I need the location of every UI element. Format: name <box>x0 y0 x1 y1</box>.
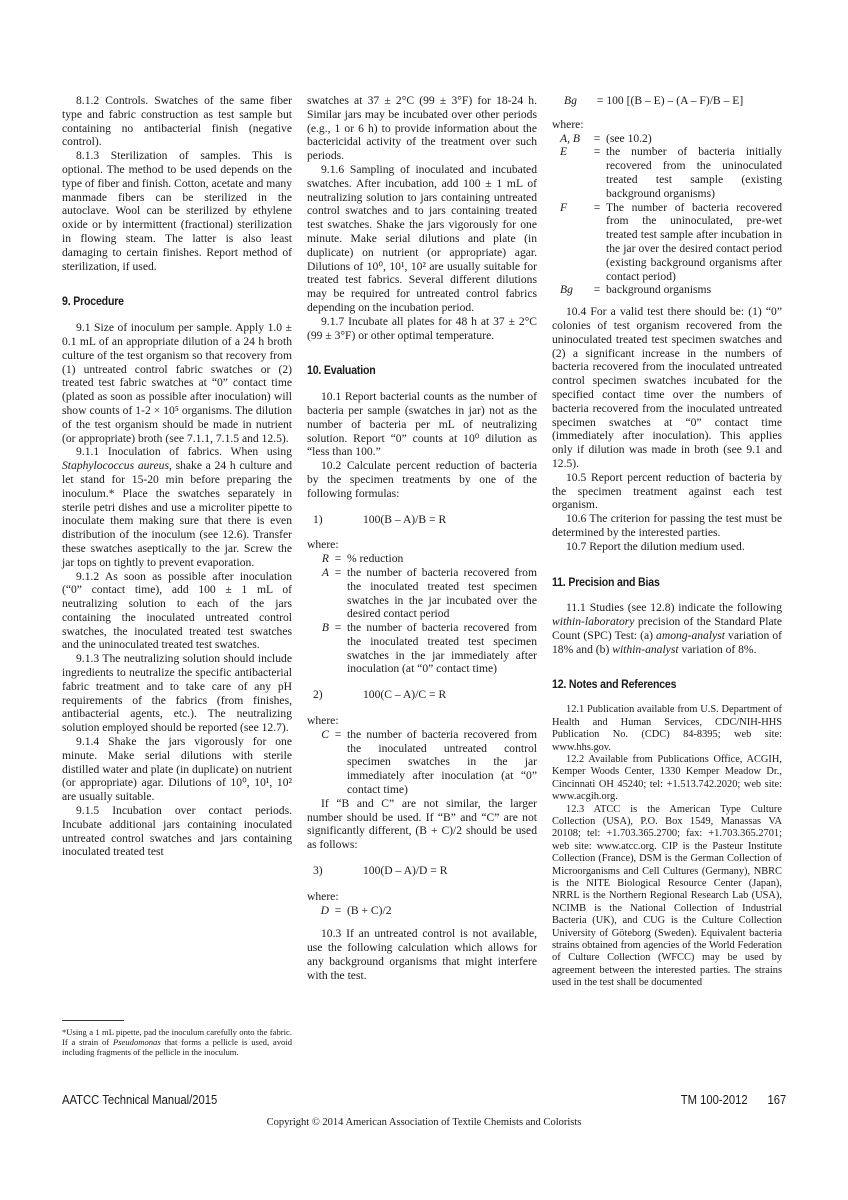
paragraph-9-1-7: 9.1.7 Incubate all plates for 48 h at 37… <box>307 315 537 343</box>
section-heading-precision-bias: 11. Precision and Bias <box>552 576 754 590</box>
paragraph-9-1-6: 9.1.6 Sampling of inoculated and incubat… <box>307 163 537 315</box>
paragraph-8-1-2: 8.1.2 Controls. Swatches of the same fib… <box>62 94 292 149</box>
section-heading-procedure: 9. Procedure <box>62 295 264 309</box>
definition-d: D=(B + C)/2 <box>315 904 537 918</box>
paragraph-9-1-4: 9.1.4 Shake the jars vigorously for one … <box>62 735 292 804</box>
where-label: where: <box>552 118 782 132</box>
formula-background: Bg = 100 [(B – E) – (A – F)/B – E] <box>552 94 782 108</box>
footer-publication: AATCC Technical Manual/2015 <box>62 1093 217 1107</box>
column-2: swatches at 37 ± 2°C (99 ± 3°F) for 18-2… <box>307 94 537 983</box>
definitions-1: R=% reduction A=the number of bacteria r… <box>315 552 537 676</box>
paragraph-10-3: 10.3 If an untreated control is not avai… <box>307 927 537 982</box>
paragraph-10-2: 10.2 Calculate percent reduction of bact… <box>307 459 537 500</box>
paragraph-8-1-3: 8.1.3 Sterilization of samples. This is … <box>62 149 292 273</box>
definition-a: A=the number of bacteria recovered from … <box>315 566 537 621</box>
column-3: Bg = 100 [(B – E) – (A – F)/B – E] where… <box>552 94 782 990</box>
paragraph-10-5: 10.5 Report percent reduction of bacteri… <box>552 471 782 512</box>
paragraph-9-1-5: 9.1.5 Incubation over contact periods. I… <box>62 804 292 859</box>
definition-a-b: A, B=(see 10.2) <box>560 132 782 146</box>
page-number: 167 <box>767 1093 786 1107</box>
reference-12-3: 12.3 ATCC is the American Type Culture C… <box>552 804 782 990</box>
definition-f: F=The number of bacteria recovered from … <box>560 201 782 284</box>
formula-3: 3) 100(D – A)/D = R <box>313 864 537 878</box>
definitions-3: D=(B + C)/2 <box>315 904 537 918</box>
document-page: 8.1.2 Controls. Swatches of the same fib… <box>0 0 848 1200</box>
reference-12-1: 12.1 Publication available from U.S. Dep… <box>552 704 782 754</box>
paragraph-9-1-3: 9.1.3 The neutralizing solution should i… <box>62 652 292 735</box>
definition-b: B=the number of bacteria recovered from … <box>315 621 537 676</box>
formula-1: 1) 100(B – A)/B = R <box>313 513 537 527</box>
paragraph-9-1: 9.1 Size of inoculum per sample. Apply 1… <box>62 321 292 445</box>
paragraph-continued: swatches at 37 ± 2°C (99 ± 3°F) for 18-2… <box>307 94 537 163</box>
footnote-divider <box>62 1020 124 1021</box>
definitions-background: A, B=(see 10.2) E=the number of bacteria… <box>560 132 782 298</box>
references: 12.1 Publication available from U.S. Dep… <box>552 704 782 989</box>
formula-2: 2) 100(C – A)/C = R <box>313 688 537 702</box>
paragraph-10-4: 10.4 For a valid test there should be: (… <box>552 305 782 471</box>
paragraph-11-1: 11.1 Studies (see 12.8) indicate the fol… <box>552 601 782 656</box>
definitions-2: C=the number of bacteria recovered from … <box>315 728 537 797</box>
where-label: where: <box>307 538 537 552</box>
footer-method-page: TM 100-2012167 <box>681 1093 786 1107</box>
footnote: *Using a 1 mL pipette, pad the inoculum … <box>62 1020 292 1057</box>
section-heading-notes-references: 12. Notes and References <box>552 678 754 692</box>
definition-c: C=the number of bacteria recovered from … <box>315 728 537 797</box>
definition-e: E=the number of bacteria initially recov… <box>560 145 782 200</box>
section-heading-evaluation: 10. Evaluation <box>307 364 509 378</box>
column-1: 8.1.2 Controls. Swatches of the same fib… <box>62 94 292 859</box>
paragraph-9-1-2: 9.1.2 As soon as possible after inoculat… <box>62 570 292 653</box>
paragraph-9-1-1: 9.1.1 Inoculation of fabrics. When using… <box>62 445 292 569</box>
paragraph-if-b-c: If “B and C” are not similar, the larger… <box>307 797 537 852</box>
paragraph-10-1: 10.1 Report bacterial counts as the numb… <box>307 390 537 459</box>
method-number: TM 100-2012 <box>681 1093 748 1107</box>
where-label: where: <box>307 890 537 904</box>
definition-bg: Bg=background organisms <box>560 283 782 297</box>
where-label: where: <box>307 714 537 728</box>
definition-r: R=% reduction <box>315 552 537 566</box>
copyright-notice: Copyright © 2014 American Association of… <box>0 1117 848 1128</box>
reference-12-2: 12.2 Available from Publications Office,… <box>552 754 782 804</box>
paragraph-10-7: 10.7 Report the dilution medium used. <box>552 540 782 554</box>
paragraph-10-6: 10.6 The criterion for passing the test … <box>552 512 782 540</box>
